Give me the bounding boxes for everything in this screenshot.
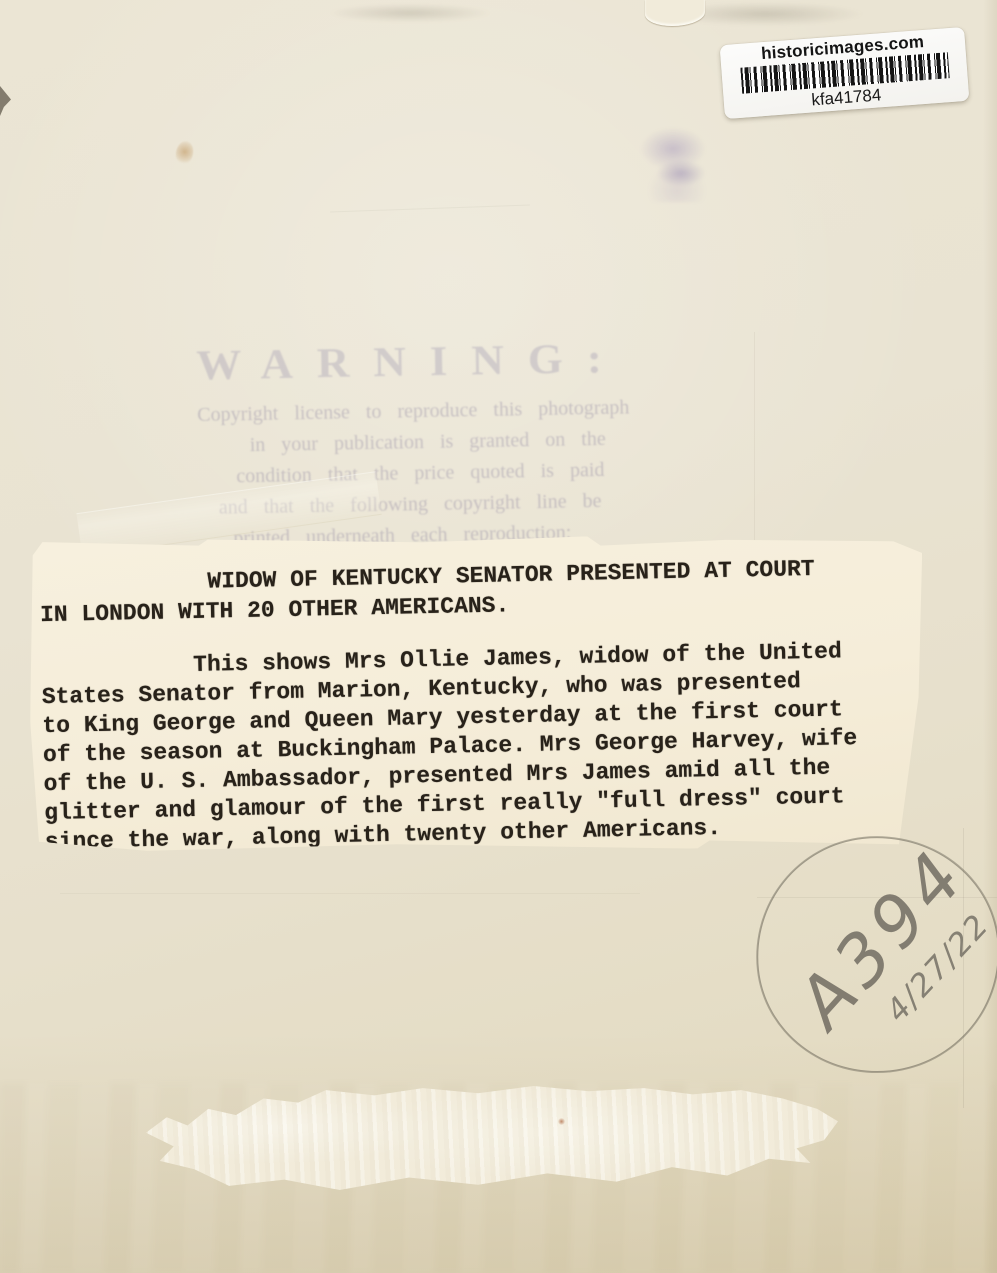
paper-chip <box>645 0 705 26</box>
caption-body: This shows Mrs Ollie James, widow of the… <box>41 636 918 857</box>
smudge-mark <box>330 4 490 22</box>
stamp-line: Copyright license to reproduce this phot… <box>197 390 772 431</box>
purple-ink-smudge <box>638 126 716 202</box>
photo-back-scan: historicimages.com kfa41784 WARNING: Cop… <box>0 0 997 1273</box>
stamp-title: WARNING: <box>196 330 772 389</box>
crease-line <box>330 205 530 213</box>
caption-text-block: WIDOW OF KENTUCKY SENATOR PRESENTED AT C… <box>39 552 918 857</box>
barcode-sticker: historicimages.com kfa41784 <box>720 27 970 119</box>
caption-label: WIDOW OF KENTUCKY SENATOR PRESENTED AT C… <box>29 534 924 852</box>
stain-spot <box>174 139 196 166</box>
torn-paper-patch <box>146 1086 838 1190</box>
stamp-line: in your publication is granted on the <box>198 421 773 462</box>
sticker-code-text: kfa41784 <box>811 85 882 110</box>
edge-notch <box>0 86 11 116</box>
crease-line <box>60 893 640 894</box>
right-edge-shade <box>983 0 997 1273</box>
stain-spot <box>558 1118 565 1125</box>
